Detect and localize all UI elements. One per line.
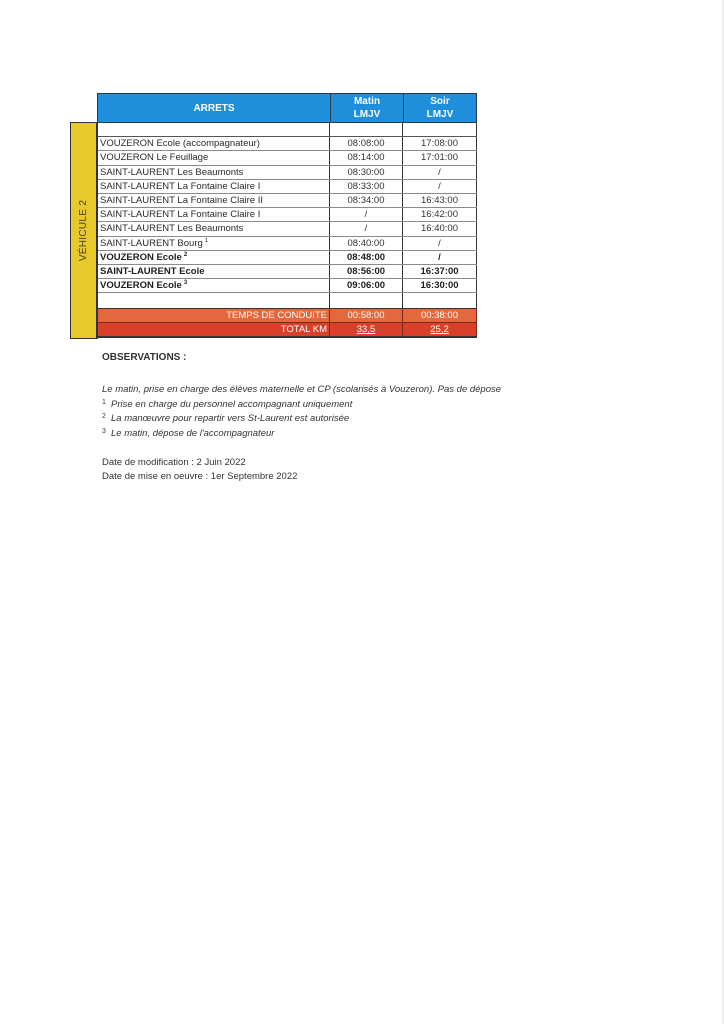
observation-note: 3Le matin, dépose de l'accompagnateur [102,427,501,442]
note-text: Prise en charge du personnel accompagnan… [111,399,352,410]
table-row: SAINT-LAURENT Ecole08:56:0016:37:00 [98,265,477,279]
table-row-empty [98,123,477,137]
vehicle-label: VÉHICULE 2 [78,200,89,261]
evening-time: / [403,251,477,264]
evening-time: 16:43:00 [403,194,477,207]
cell-empty [330,293,403,308]
observation-note: 2La manœuvre pour repartir vers St-Laure… [102,412,501,427]
evening-time: 17:08:00 [403,137,477,150]
morning-time: 08:14:00 [330,151,403,164]
stop-name: SAINT-LAURENT Les Beaumonts [98,222,330,235]
morning-time: 09:06:00 [330,279,403,292]
stop-name: VOUZERON Ecole3 [98,279,330,292]
footnote-marker: 3 [184,280,187,286]
stop-name: VOUZERON Ecole (accompagnateur) [98,137,330,150]
note-number: 2 [102,412,111,422]
morning-time: 08:30:00 [330,166,403,179]
morning-time: 08:40:00 [330,237,403,250]
evening-time: / [403,237,477,250]
driving-time-label: TEMPS DE CONDUITE [98,309,330,322]
footnote-marker: 2 [184,252,187,258]
cell-empty [98,293,330,308]
morning-time: 08:08:00 [330,137,403,150]
table-row: VOUZERON Le Feuillage08:14:0017:01:00 [98,151,477,165]
header-morning-days: LMJV [354,108,381,121]
observations-title: OBSERVATIONS : [102,352,186,363]
total-km-morning-cell: 33,5 [330,323,403,336]
header-morning: Matin LMJV [331,94,404,122]
morning-time: / [330,222,403,235]
header-stops-label: ARRETS [193,102,234,115]
morning-time: 08:34:00 [330,194,403,207]
cell-empty [403,293,477,308]
header-morning-label: Matin [354,95,380,108]
table-row: VOUZERON Ecole208:48:00/ [98,251,477,265]
schedule-table: ARRETS Matin LMJV Soir LMJV VÉHICULE 2 V… [70,93,477,339]
note-text: Le matin, dépose de l'accompagnateur [111,428,274,439]
table-row: SAINT-LAURENT Les Beaumonts08:30:00/ [98,166,477,180]
observations-intro: Le matin, prise en charge des élèves mat… [102,383,501,398]
driving-time-row: TEMPS DE CONDUITE 00:58:00 00:38:00 [98,309,477,323]
header-evening: Soir LMJV [404,94,476,122]
table-row: VOUZERON Ecole309:06:0016:30:00 [98,279,477,293]
header-stops: ARRETS [98,94,331,122]
morning-time: 08:56:00 [330,265,403,278]
table-row: SAINT-LAURENT La Fontaine Claire I08:33:… [98,180,477,194]
table-row-empty [98,293,477,309]
modification-date: Date de modification : 2 Juin 2022 [102,456,297,470]
evening-time: 16:30:00 [403,279,477,292]
note-number: 1 [102,398,111,408]
morning-time: 08:33:00 [330,180,403,193]
observation-note: 1Prise en charge du personnel accompagna… [102,398,501,413]
morning-time: / [330,208,403,221]
note-number: 3 [102,427,111,437]
total-km-row: TOTAL KM 33,5 25,2 [98,323,477,338]
stop-name: VOUZERON Ecole2 [98,251,330,264]
evening-time: 17:01:00 [403,151,477,164]
rows-holder: VOUZERON Ecole (accompagnateur)08:08:001… [98,137,477,293]
stop-name: SAINT-LAURENT Bourg1 [98,237,330,250]
table-row: VOUZERON Ecole (accompagnateur)08:08:001… [98,137,477,151]
table-header: ARRETS Matin LMJV Soir LMJV [97,93,477,123]
stop-name: SAINT-LAURENT Les Beaumonts [98,166,330,179]
cell-empty [403,123,477,136]
table-body: VOUZERON Ecole (accompagnateur)08:08:001… [98,123,477,338]
stop-name: SAINT-LAURENT Ecole [98,265,330,278]
total-km-evening-cell: 25,2 [403,323,477,336]
evening-time: 16:40:00 [403,222,477,235]
total-km-morning: 33,5 [357,324,376,335]
driving-time-morning: 00:58:00 [330,309,403,322]
total-km-label: TOTAL KM [98,323,330,336]
evening-time: 16:42:00 [403,208,477,221]
dates-block: Date de modification : 2 Juin 2022 Date … [102,456,297,484]
observations-list: Le matin, prise en charge des élèves mat… [102,383,501,441]
table-row: SAINT-LAURENT La Fontaine Claire I/16:42… [98,208,477,222]
driving-time-evening: 00:38:00 [403,309,477,322]
evening-time: 16:37:00 [403,265,477,278]
cell-empty [330,123,403,136]
header-evening-label: Soir [430,95,449,108]
morning-time: 08:48:00 [330,251,403,264]
table-row: SAINT-LAURENT Bourg108:40:00/ [98,237,477,251]
cell-empty [98,123,330,136]
vehicle-label-cell: VÉHICULE 2 [70,122,98,339]
stop-name: SAINT-LAURENT La Fontaine Claire I [98,180,330,193]
note-text: La manœuvre pour repartir vers St-Lauren… [111,413,349,424]
footnote-marker: 1 [205,238,208,244]
table-row: SAINT-LAURENT La Fontaine Claire II08:34… [98,194,477,208]
table-row: SAINT-LAURENT Les Beaumonts/16:40:00 [98,222,477,236]
evening-time: / [403,166,477,179]
evening-time: / [403,180,477,193]
total-km-evening: 25,2 [430,324,449,335]
stop-name: VOUZERON Le Feuillage [98,151,330,164]
stop-name: SAINT-LAURENT La Fontaine Claire II [98,194,330,207]
header-evening-days: LMJV [427,108,454,121]
start-date: Date de mise en oeuvre : 1er Septembre 2… [102,470,297,484]
stop-name: SAINT-LAURENT La Fontaine Claire I [98,208,330,221]
